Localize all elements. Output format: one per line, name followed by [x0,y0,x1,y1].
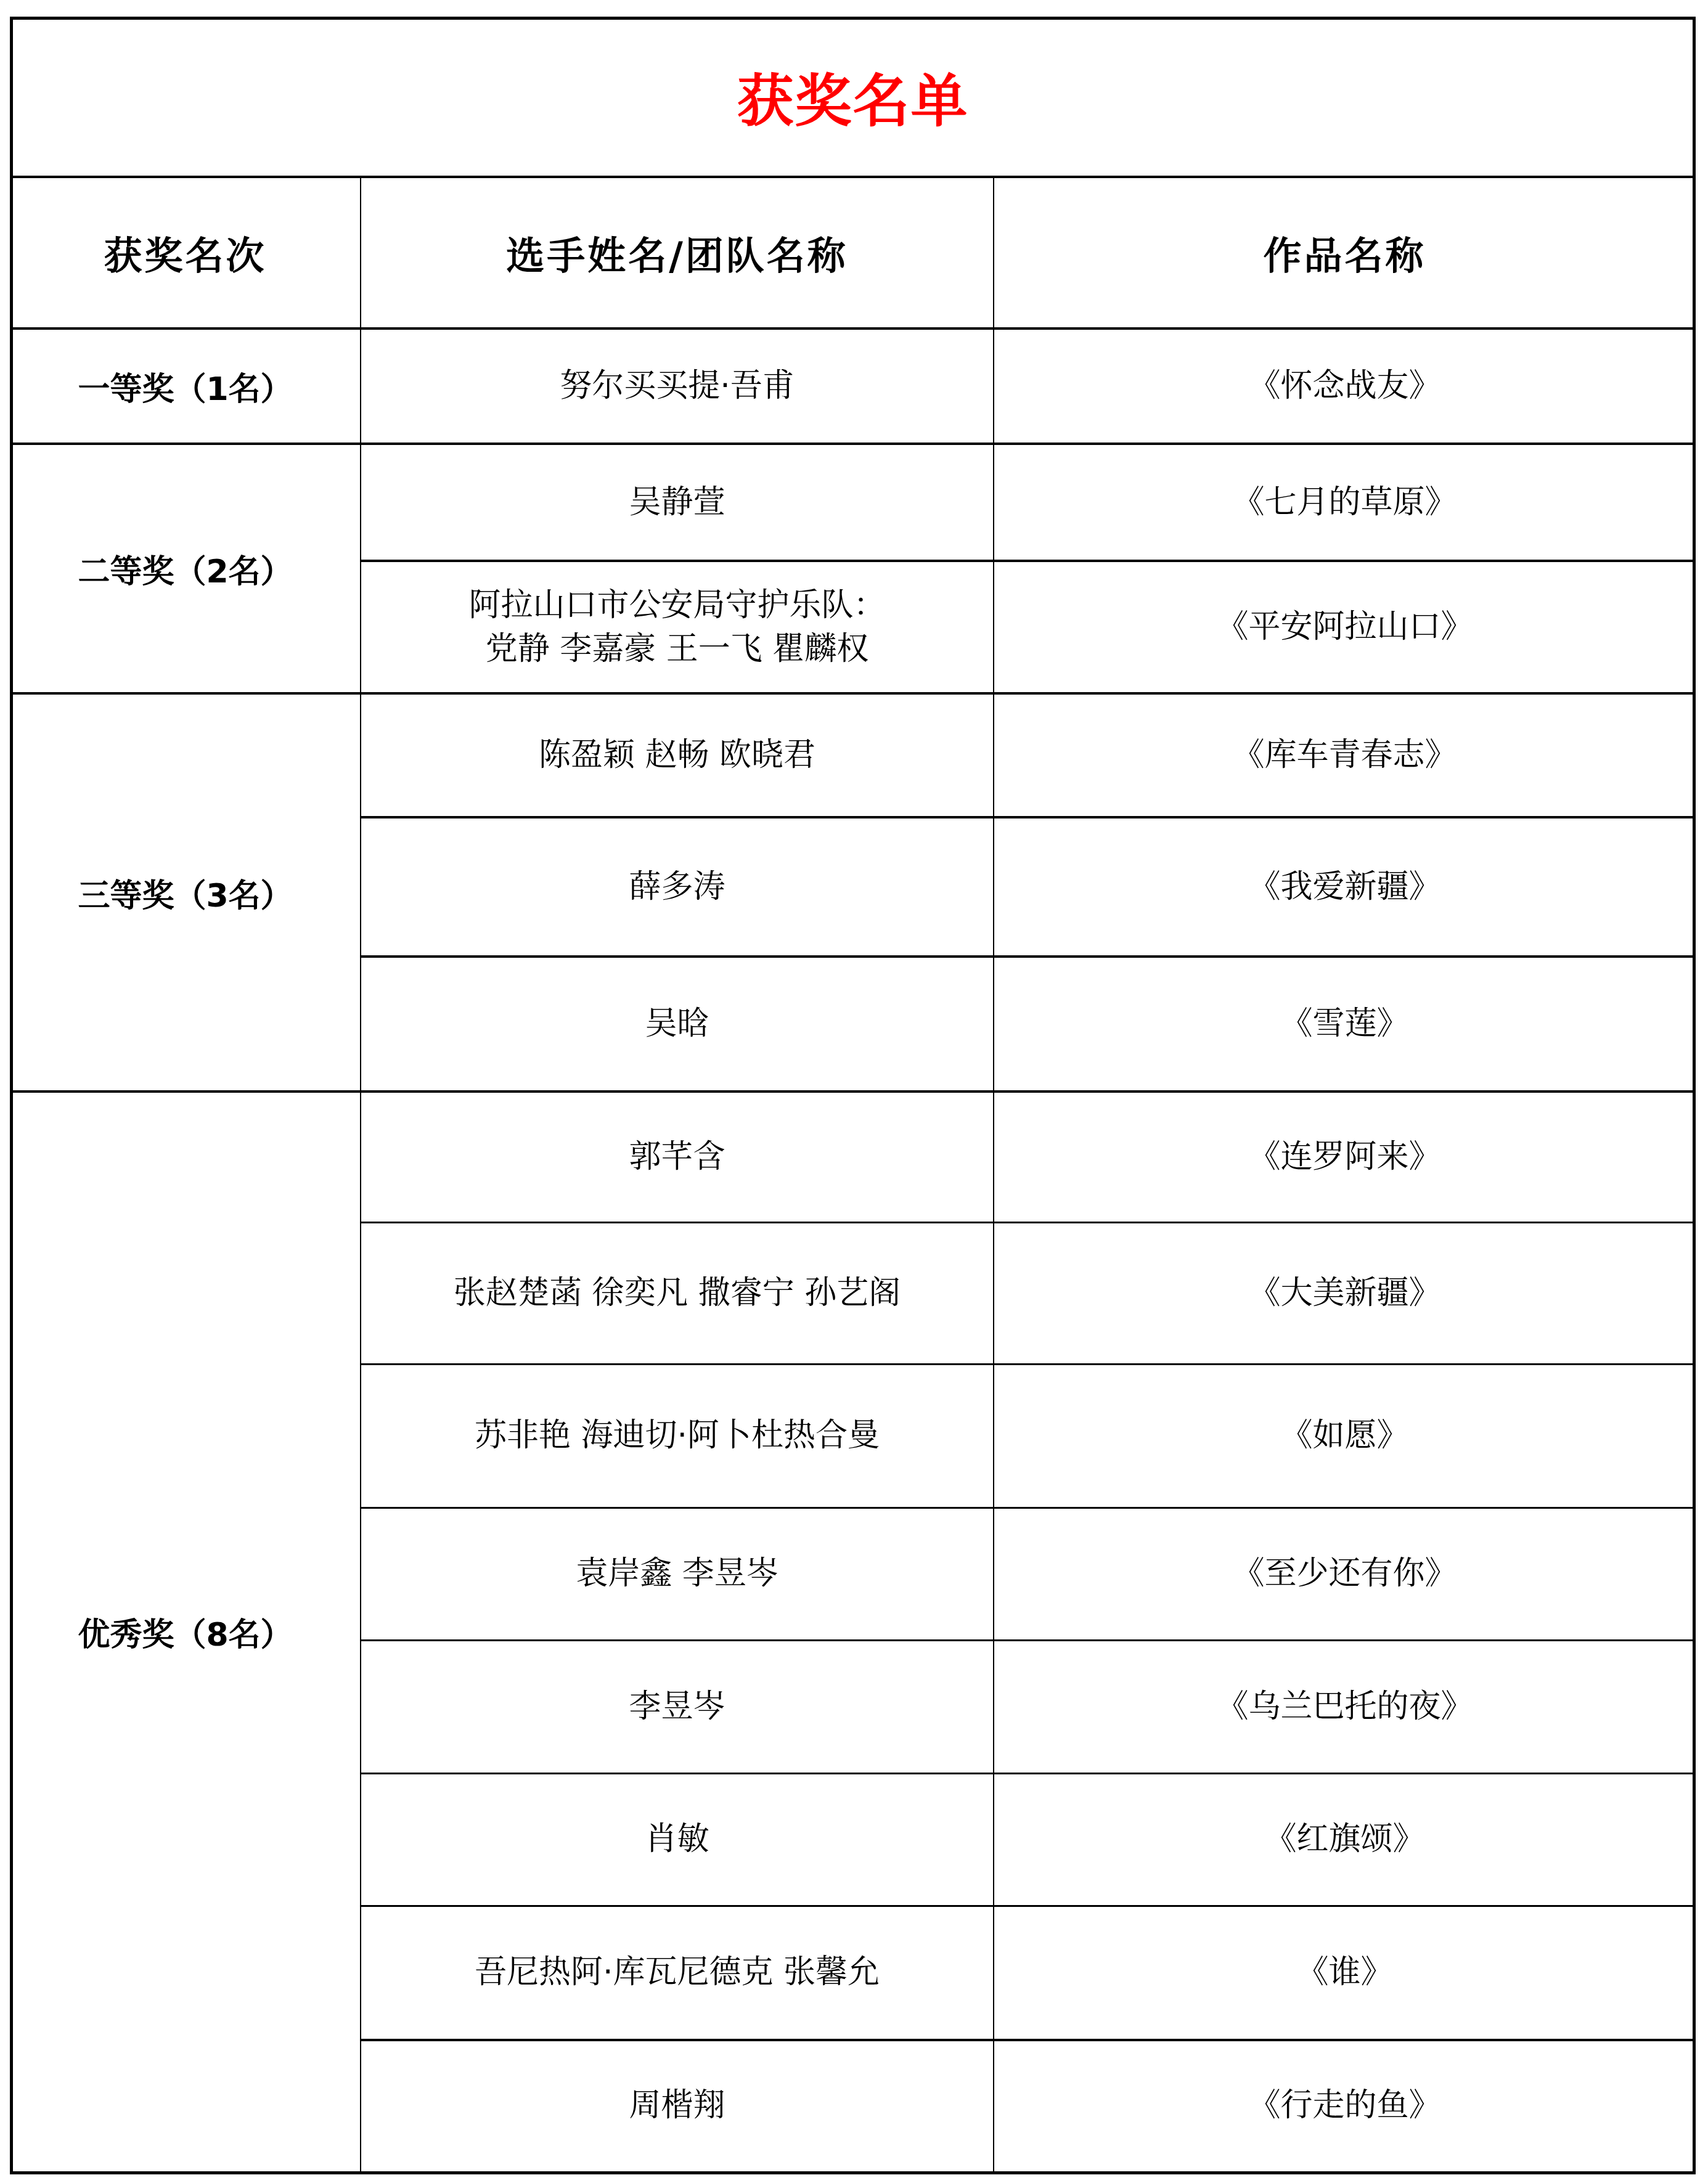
name-cell: 郭芊含 [361,1091,994,1222]
name-cell: 周楷翔 [361,2040,994,2171]
team-name: 阿拉山口市公安局守护乐队： [468,584,885,627]
name-cell: 吴晗 [361,957,994,1091]
work-cell: 《红旗颂》 [994,1773,1696,1906]
name-cell: 肖敏 [361,1773,994,1906]
work-cell: 《行走的鱼》 [994,2040,1696,2171]
header-work: 作品名称 [994,177,1696,328]
header-rank: 获奖名次 [10,177,361,328]
rank-cell-excellence: 优秀奖（8名） [10,1091,361,2171]
name-cell: 吾尼热阿·库瓦尼德克 张馨允 [361,1906,994,2039]
team-members: 党静 李嘉豪 王一飞 瞿麟权 [486,627,869,671]
name-cell: 吴静萱 [361,444,994,561]
work-cell: 《大美新疆》 [994,1222,1696,1364]
work-cell: 《至少还有你》 [994,1508,1696,1640]
rank-cell-third: 三等奖（3名） [10,693,361,1091]
work-cell: 《库车青春志》 [994,693,1696,817]
work-cell: 《平安阿拉山口》 [994,561,1696,693]
work-cell: 《如愿》 [994,1364,1696,1508]
work-cell: 《雪莲》 [994,957,1696,1091]
rank-cell-first: 一等奖（1名） [10,328,361,444]
page-title: 获奖名单 [10,17,1696,177]
name-cell: 薛多涛 [361,817,994,957]
name-cell: 张赵楚菡 徐奕凡 撒睿宁 孙艺阁 [361,1222,994,1364]
work-cell: 《谁》 [994,1906,1696,2039]
name-cell: 阿拉山口市公安局守护乐队： 党静 李嘉豪 王一飞 瞿麟权 [361,561,994,693]
header-name: 选手姓名/团队名称 [361,177,994,328]
work-cell: 《怀念战友》 [994,328,1696,444]
work-cell: 《连罗阿来》 [994,1091,1696,1222]
name-cell: 李昱岑 [361,1640,994,1773]
work-cell: 《七月的草原》 [994,444,1696,561]
name-cell: 苏非艳 海迪切·阿卜杜热合曼 [361,1364,994,1508]
name-cell: 袁岸鑫 李昱岑 [361,1508,994,1640]
name-cell: 陈盈颖 赵畅 欧晓君 [361,693,994,817]
work-cell: 《我爱新疆》 [994,817,1696,957]
rank-cell-second: 二等奖（2名） [10,444,361,693]
name-cell: 努尔买买提·吾甫 [361,328,994,444]
work-cell: 《乌兰巴托的夜》 [994,1640,1696,1773]
